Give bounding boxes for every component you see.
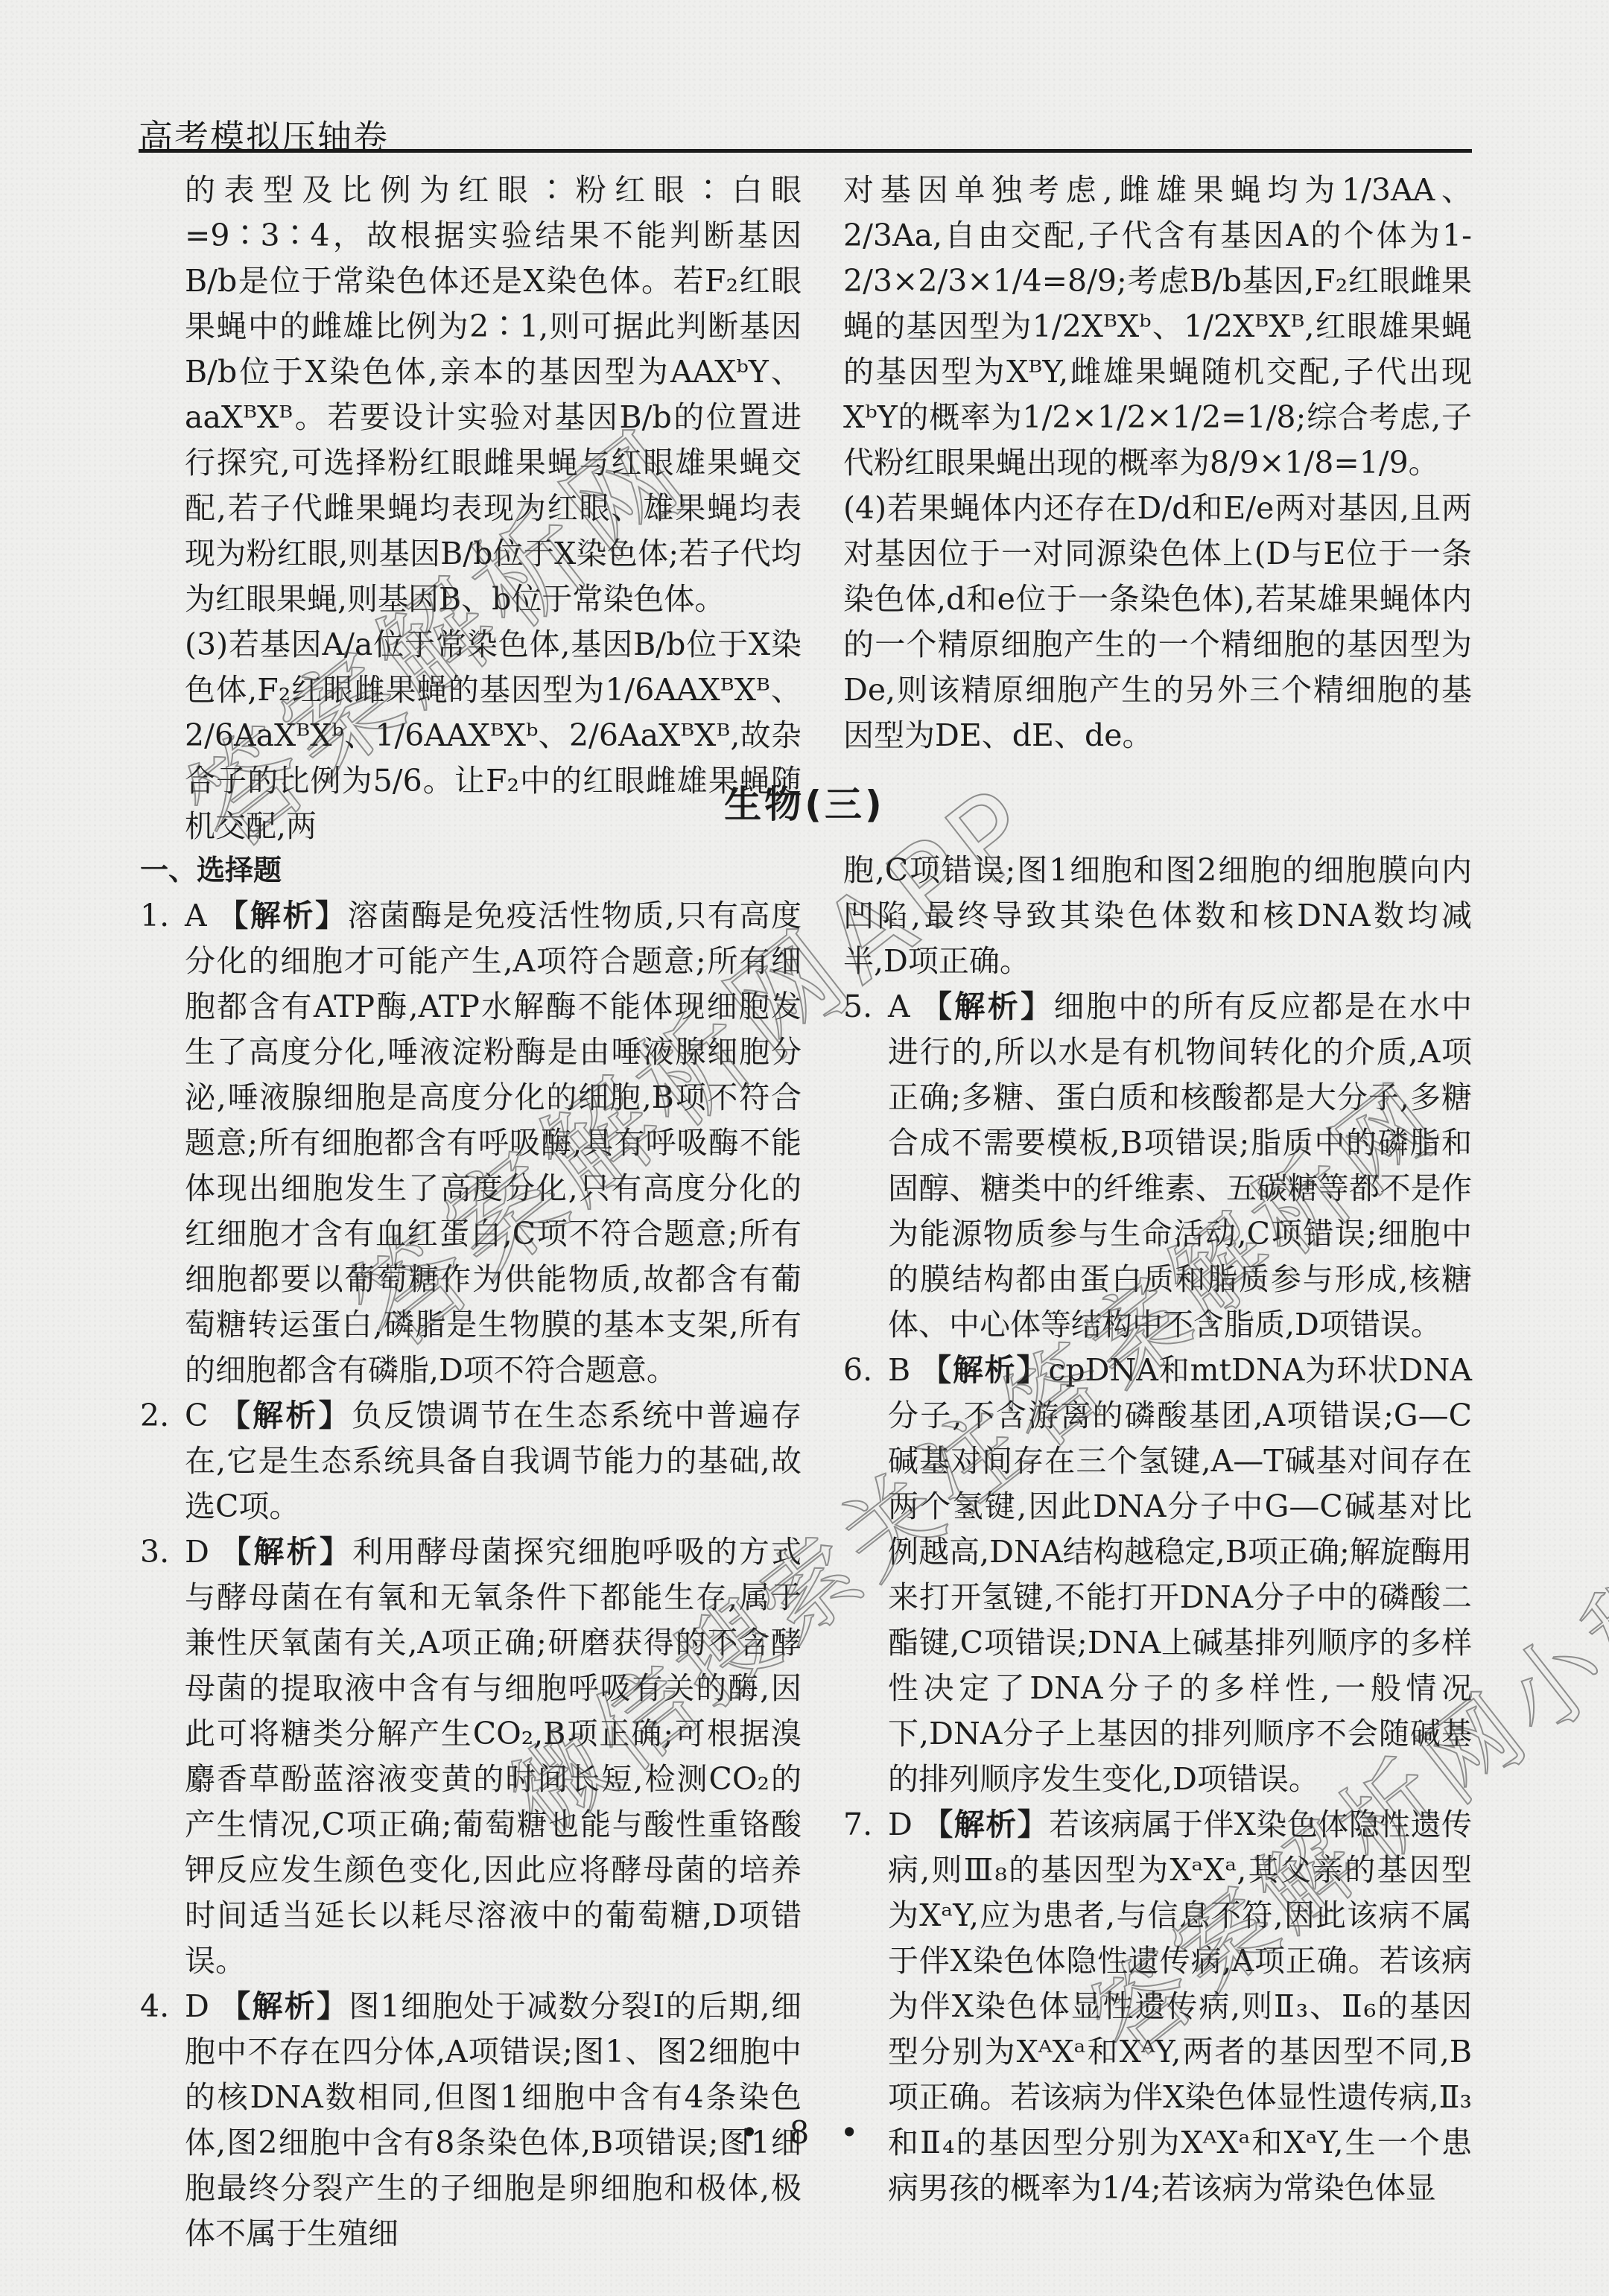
paragraph: 的表型及比例为红眼∶粉红眼∶白眼=9∶3∶4，故根据实验结果不能判断基因B/b是… bbox=[185, 168, 802, 622]
answer-item-4-continued: 胞,C项错误;图1细胞和图2细胞的细胞膜向内凹陷,最终导致其染色体数和核DNA数… bbox=[843, 848, 1472, 984]
answer-choice: C bbox=[185, 1398, 208, 1433]
answer-item-1: 1. A 【解析】溶菌酶是免疫活性物质,只有高度分化的细胞才可能产生,A项符合题… bbox=[140, 893, 802, 1393]
page-number: • 8 • bbox=[0, 2114, 1609, 2151]
analysis-tag: 【解析】 bbox=[220, 1398, 352, 1433]
answer-number: 5. bbox=[843, 984, 872, 1030]
top-right-column: 对基因单独考虑,雌雄果蝇均为1/3AA、2/3Aa,自由交配,子代含有基因A的个… bbox=[843, 168, 1472, 758]
answers-right-column: 胞,C项错误;图1细胞和图2细胞的细胞膜向内凹陷,最终导致其染色体数和核DNA数… bbox=[843, 848, 1472, 2211]
answer-number: 2. bbox=[140, 1393, 169, 1439]
answer-choice: B bbox=[888, 1352, 910, 1388]
answer-text: 胞,C项错误;图1细胞和图2细胞的细胞膜向内凹陷,最终导致其染色体数和核DNA数… bbox=[843, 852, 1472, 979]
answer-item-2: 2. C 【解析】负反馈调节在生态系统中普遍存在,它是生态系统具备自我调节能力的… bbox=[140, 1393, 802, 1529]
analysis-tag: 【解析】 bbox=[921, 989, 1054, 1024]
analysis-tag: 【解析】 bbox=[220, 1534, 352, 1570]
analysis-tag: 【解析】 bbox=[220, 1988, 349, 2024]
analysis-tag: 【解析】 bbox=[218, 898, 347, 933]
answer-item-3: 3. D 【解析】利用酵母菌探究细胞呼吸的方式与酵母菌在有氧和无氧条件下都能生存… bbox=[140, 1529, 802, 1984]
answer-number: 7. bbox=[843, 1802, 872, 1848]
answer-number: 3. bbox=[140, 1529, 169, 1575]
section-title: 生物(三) bbox=[0, 775, 1609, 828]
top-left-column: 的表型及比例为红眼∶粉红眼∶白眼=9∶3∶4，故根据实验结果不能判断基因B/b是… bbox=[185, 168, 802, 849]
answer-choice: D bbox=[185, 1988, 209, 2024]
section-heading: 一、选择题 bbox=[140, 848, 802, 893]
answer-text: 溶菌酶是免疫活性物质,只有高度分化的细胞才可能产生,A项符合题意;所有细胞都含有… bbox=[185, 898, 802, 1388]
analysis-tag: 【解析】 bbox=[922, 1807, 1049, 1842]
answer-item-6: 6. B 【解析】cpDNA和mtDNA为环状DNA分子,不含游离的磷酸基团,A… bbox=[843, 1348, 1472, 1802]
paragraph: (4)若果蝇体内还存在D/d和E/e两对基因,且两对基因位于一对同源染色体上(D… bbox=[843, 486, 1472, 758]
answer-choice: A bbox=[888, 989, 910, 1024]
analysis-tag: 【解析】 bbox=[921, 1352, 1048, 1388]
answer-text: cpDNA和mtDNA为环状DNA分子,不含游离的磷酸基团,A项错误;G—C碱基… bbox=[888, 1352, 1472, 1797]
answer-number: 1. bbox=[140, 893, 169, 939]
paragraph: 对基因单独考虑,雌雄果蝇均为1/3AA、2/3Aa,自由交配,子代含有基因A的个… bbox=[843, 168, 1472, 486]
answers-left-column: 一、选择题 1. A 【解析】溶菌酶是免疫活性物质,只有高度分化的细胞才可能产生… bbox=[140, 848, 802, 2257]
answer-text: 利用酵母菌探究细胞呼吸的方式与酵母菌在有氧和无氧条件下都能生存,属于兼性厌氧菌有… bbox=[185, 1534, 802, 1979]
answer-number: 4. bbox=[140, 1984, 169, 2029]
answer-number: 6. bbox=[843, 1348, 872, 1393]
answer-item-5: 5. A 【解析】细胞中的所有反应都是在水中进行的,所以水是有机物间转化的介质,… bbox=[843, 984, 1472, 1348]
answer-choice: D bbox=[888, 1807, 913, 1842]
header-rule bbox=[139, 149, 1472, 153]
answer-text: 细胞中的所有反应都是在水中进行的,所以水是有机物间转化的介质,A项正确;多糖、蛋… bbox=[888, 989, 1472, 1342]
answer-choice: A bbox=[185, 898, 207, 933]
answer-choice: D bbox=[185, 1534, 209, 1570]
